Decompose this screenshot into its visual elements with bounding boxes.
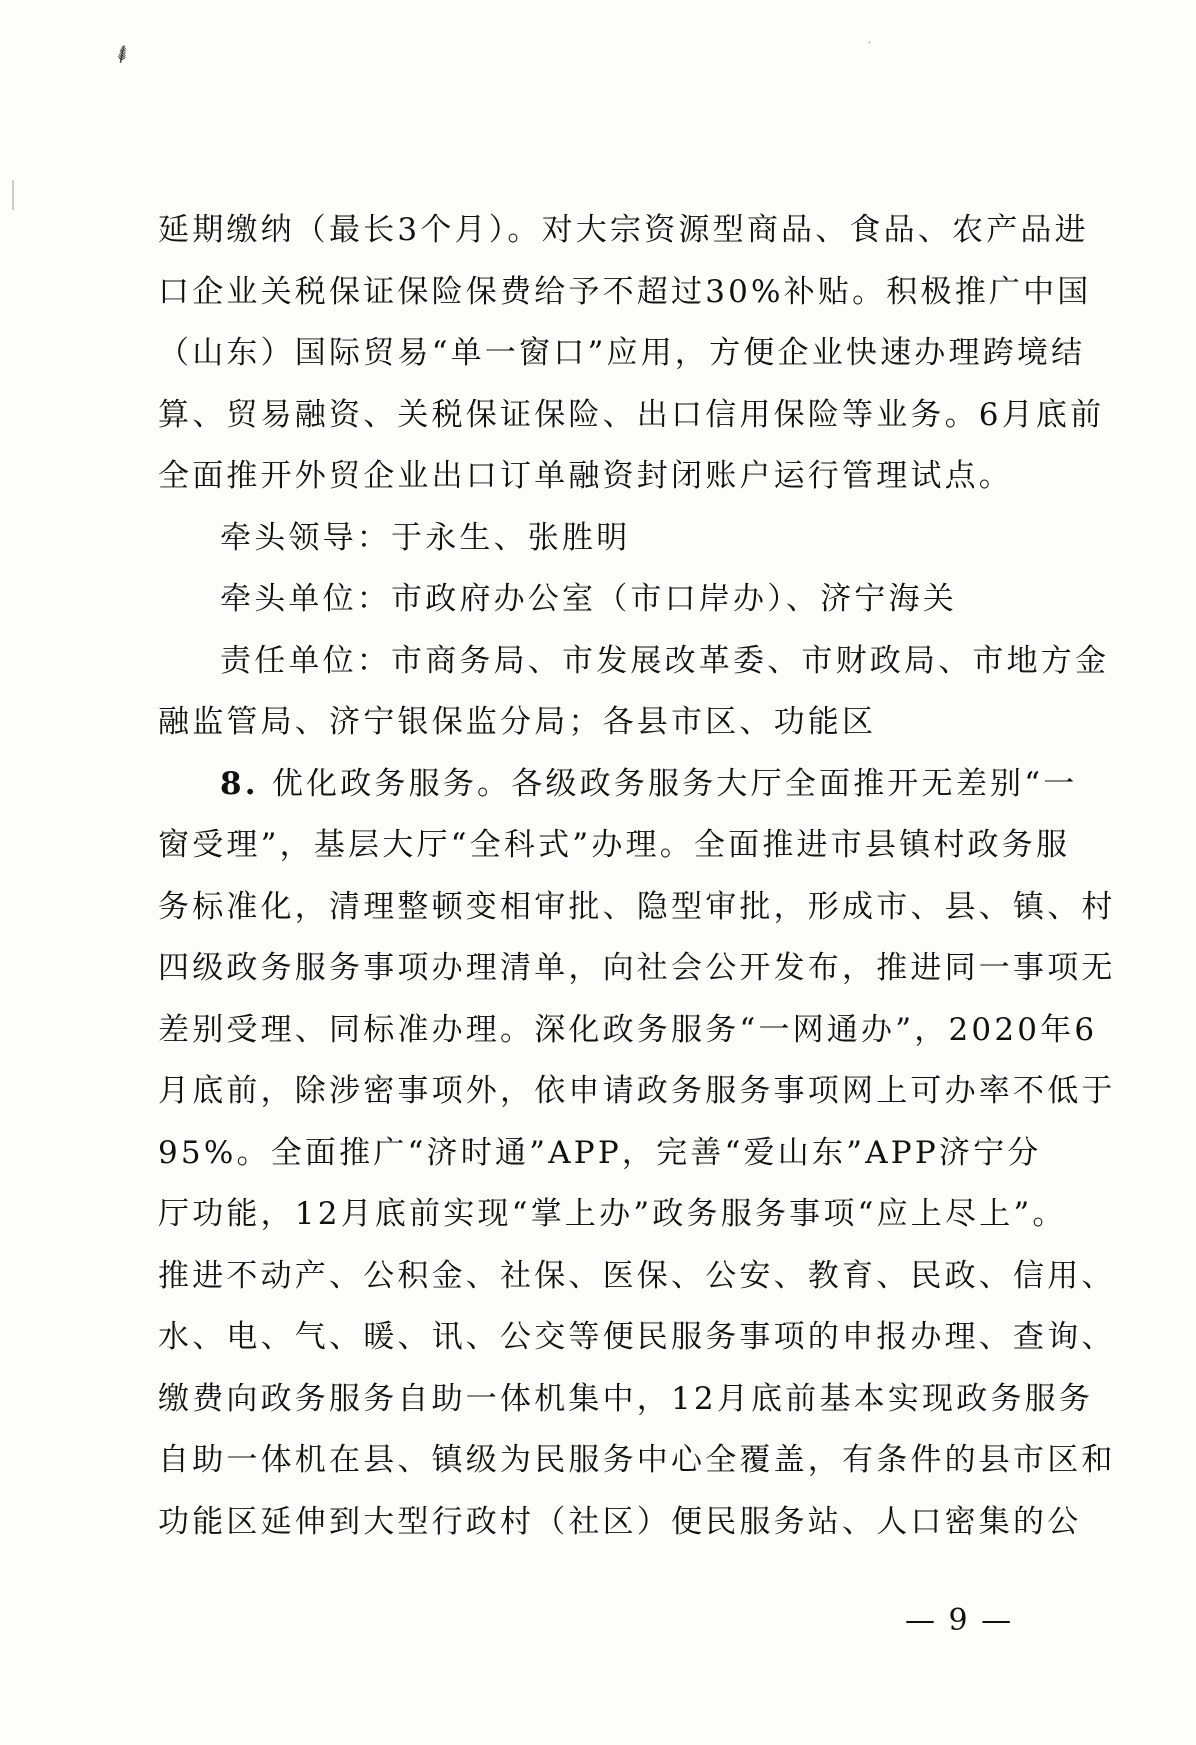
text-line: 缴费向政务服务自助一体机集中，12月底前基本实现政务服务 [158,1369,1058,1431]
text-line: 口企业关税保证保险保费给予不超过30%补贴。积极推广中国 [158,262,1058,324]
text-line: 95%。全面推广“济时通”APP，完善“爱山东”APP济宁分 [158,1123,1058,1185]
text-line: 融监管局、济宁银保监分局；各县市区、功能区 [158,692,1058,754]
text-line: （山东）国际贸易“单一窗口”应用，方便企业快速办理跨境结 [158,323,1058,385]
text-line: 全面推开外贸企业出口订单融资封闭账户运行管理试点。 [158,446,1058,508]
text-line: 四级政务服务事项办理清单，向社会公开发布，推进同一事项无 [158,938,1058,1000]
scan-dot: · [868,38,871,49]
text-line: 厅功能，12月底前实现“掌上办”政务服务事项“应上尽上”。 [158,1184,1058,1246]
text-line: 务标准化，清理整顿变相审批、隐型审批，形成市、县、镇、村 [158,877,1058,939]
text-line: 延期缴纳（最长3个月）。对大宗资源型商品、食品、农产品进 [158,200,1058,262]
scan-edge [12,180,14,210]
text-line: 功能区延伸到大型行政村（社区）便民服务站、人口密集的公 [158,1492,1058,1554]
text-line: 月底前，除涉密事项外，依申请政务服务事项网上可办率不低于 [158,1061,1058,1123]
section-number: 8. [220,766,259,802]
text-line: 推进不动产、公积金、社保、医保、公安、教育、民政、信用、 [158,1246,1058,1308]
lead-leader: 牵头领导：于永生、张胜明 [158,508,1058,570]
text-line: 自助一体机在县、镇级为民服务中心全覆盖，有条件的县市区和 [158,1430,1058,1492]
text-line: 窗受理”，基层大厅“全科式”办理。全面推进市县镇村政务服 [158,815,1058,877]
lead-unit: 牵头单位：市政府办公室（市口岸办）、济宁海关 [158,569,1058,631]
text-line: 差别受理、同标准办理。深化政务服务“一网通办”，2020年6 [158,1000,1058,1062]
document-body: 延期缴纳（最长3个月）。对大宗资源型商品、食品、农产品进 口企业关税保证保险保费… [158,200,1058,1553]
scan-mark: ⸙ [106,32,137,73]
text-line: 算、贸易融资、关税保证保险、出口信用保险等业务。6月底前 [158,385,1058,447]
page-number: — 9 — [905,1603,1013,1638]
responsible-unit: 责任单位：市商务局、市发展改革委、市财政局、市地方金 [158,631,1058,693]
text-line: 水、电、气、暖、讯、公交等便民服务事项的申报办理、查询、 [158,1307,1058,1369]
section-heading-line: 8. 优化政务服务。各级政务服务大厅全面推开无差别“一 [158,754,1058,816]
